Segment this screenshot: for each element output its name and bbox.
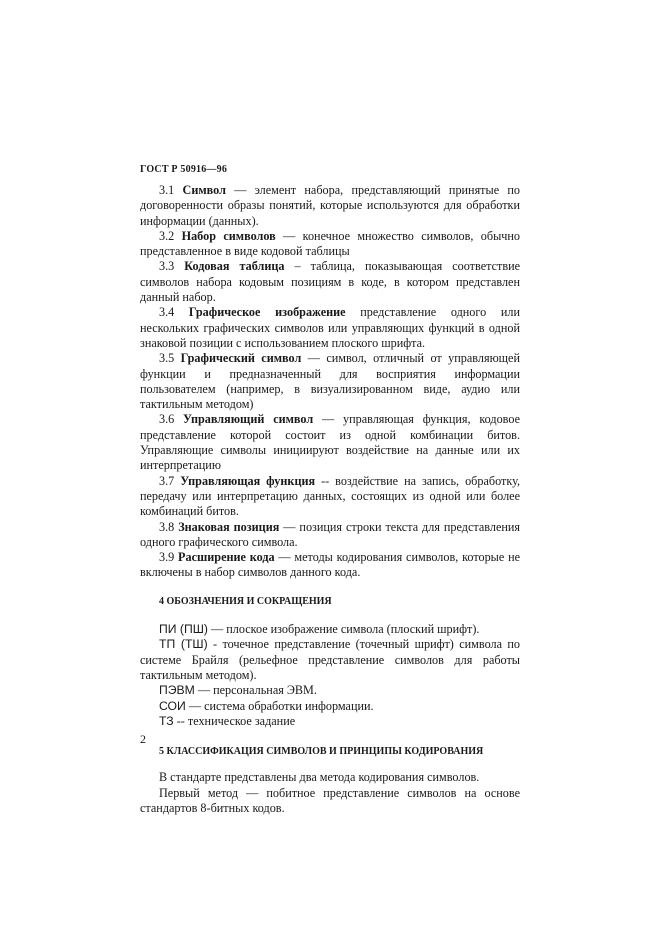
definition-3-6: 3.6 Управляющий символ — управляющая фун… (140, 412, 520, 473)
page-number: 2 (140, 732, 146, 747)
abbreviation-definition: — персональная ЭВМ. (195, 683, 317, 697)
definition-3-4: 3.4 Графическое изображение представлени… (140, 305, 520, 351)
abbreviation-item: ПЭВМ — персональная ЭВМ. (140, 683, 520, 698)
definition-number: 3.2 (159, 229, 174, 243)
definition-number: 3.3 (159, 259, 174, 273)
definition-term: Управляющий символ (183, 412, 313, 426)
document-code-header: ГОСТ Р 50916—96 (140, 164, 227, 175)
definition-number: 3.4 (159, 305, 174, 319)
abbreviation: ПЭВМ (159, 683, 195, 697)
abbreviation-definition: — система обработки информации. (186, 699, 374, 713)
definition-3-8: 3.8 Знаковая позиция — позиция строки те… (140, 520, 520, 551)
section-4-title: 4 ОБОЗНАЧЕНИЯ И СОКРАЩЕНИЯ (140, 594, 520, 609)
definition-3-7: 3.7 Управляющая функция -- воздействие н… (140, 474, 520, 520)
abbreviation-item: ТЗ -- техническое задание (140, 714, 520, 729)
definition-3-1: 3.1 Символ — элемент набора, представляю… (140, 183, 520, 229)
section-5-paragraph: Первый метод — побитное представление си… (140, 786, 520, 817)
definition-term: Знаковая позиция (178, 520, 279, 534)
abbreviation: ТЗ (159, 714, 174, 728)
definition-number: 3.6 (159, 412, 174, 426)
abbreviation: ТП (ТШ) (159, 637, 208, 651)
definition-term: Графическое изображение (189, 305, 346, 319)
abbreviation-item: ПИ (ПШ) — плоское изображение символа (п… (140, 622, 520, 637)
definition-term: Кодовая таблица (184, 259, 284, 273)
document-body: 3.1 Символ — элемент набора, представляю… (140, 183, 520, 816)
abbreviation: СОИ (159, 699, 186, 713)
definition-number: 3.8 (159, 520, 174, 534)
abbreviation-item: СОИ — система обработки информации. (140, 699, 520, 714)
definition-3-9: 3.9 Расширение кода — методы кодирования… (140, 550, 520, 581)
definition-number: 3.9 (159, 550, 174, 564)
definition-3-5: 3.5 Графический символ — символ, отличны… (140, 351, 520, 412)
definition-term: Символ (183, 183, 226, 197)
definition-3-3: 3.3 Кодовая таблица – таблица, показываю… (140, 259, 520, 305)
definition-number: 3.1 (159, 183, 174, 197)
definition-term: Графический символ (181, 351, 302, 365)
section-5-paragraph: В стандарте представлены два метода коди… (140, 770, 520, 785)
definition-number: 3.7 (159, 474, 174, 488)
definition-number: 3.5 (159, 351, 174, 365)
definition-term: Расширение кода (178, 550, 275, 564)
section-5-title: 5 КЛАССИФИКАЦИЯ СИМВОЛОВ И ПРИНЦИПЫ КОДИ… (140, 744, 520, 759)
definition-3-2: 3.2 Набор символов — конечное множество … (140, 229, 520, 260)
definition-term: Набор символов (182, 229, 276, 243)
abbreviation-definition: -- техническое задание (174, 714, 295, 728)
document-page: ГОСТ Р 50916—96 3.1 Символ — элемент наб… (0, 0, 661, 935)
abbreviation: ПИ (ПШ) (159, 622, 208, 636)
definition-term: Управляющая функция (180, 474, 315, 488)
abbreviation-item: ТП (ТШ) - точечное представление (точечн… (140, 637, 520, 683)
abbreviation-definition: — плоское изображение символа (плоский ш… (208, 622, 480, 636)
